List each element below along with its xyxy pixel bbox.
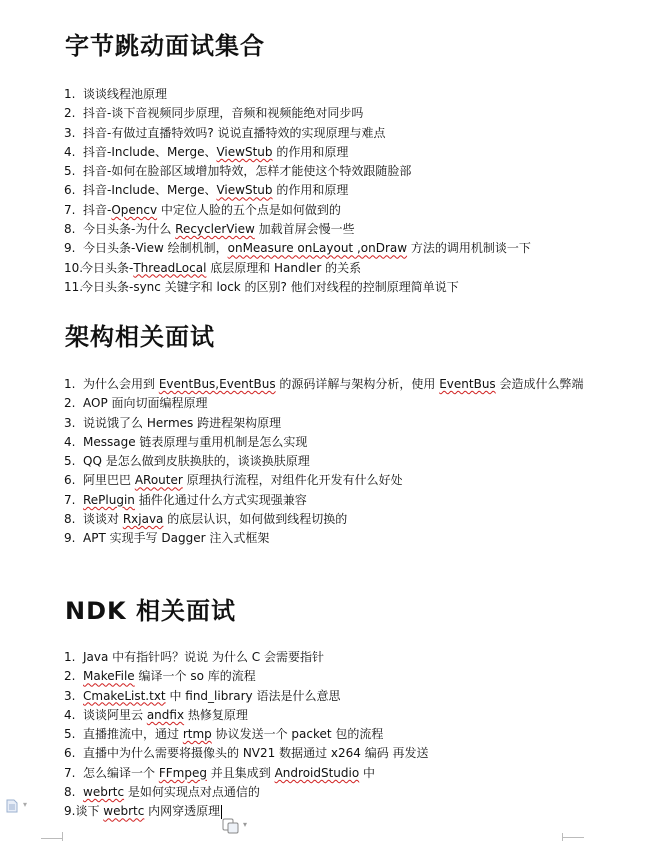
text-segment: 加载首屏会慢一些 [255, 222, 355, 236]
chevron-down-icon[interactable]: ▾ [243, 820, 247, 829]
spellcheck-flagged-word: Opencv [111, 203, 157, 217]
list-item-text[interactable]: 怎么编译一个 FFmpeg 并且集成到 AndroidStudio 中 [83, 764, 375, 783]
text-segment: 说说饿了么 Hermes 跨进程架构原理 [83, 416, 281, 430]
list-item-number: 7. [64, 764, 83, 783]
list-item-text[interactable]: APT 实现手写 Dagger 注入式框架 [83, 529, 269, 548]
text-segment: 中 [359, 766, 375, 780]
list-item: 5.抖音-如何在脸部区域增加特效，怎样才能使这个特效跟随脸部 [64, 162, 531, 181]
list-bytedance: 1.谈谈线程池原理2.抖音-谈下音视频同步原理，音频和视频能绝对同步吗3.抖音-… [64, 85, 531, 297]
list-item-number: 10. [64, 259, 81, 278]
spellcheck-flagged-word: RePlugin [83, 493, 135, 507]
list-item: 9.谈下 webrtc 内网穿透原理 [64, 802, 429, 821]
list-item-number: 5. [64, 725, 83, 744]
text-segment: 会造成什么弊端 [496, 377, 584, 391]
text-segment: 的底层认识，如何做到线程切换的 [163, 512, 347, 526]
text-segment: 底层原理和 Handler 的关系 [206, 261, 361, 275]
list-item: 4.谈谈阿里云 andfix 热修复原理 [64, 706, 429, 725]
list-item-text[interactable]: 谈谈对 Rxjava 的底层认识，如何做到线程切换的 [83, 510, 347, 529]
list-item: 3.CmakeList.txt 中 find_library 语法是什么意思 [64, 687, 429, 706]
list-item-number: 9. [64, 802, 75, 821]
list-item-number: 9. [64, 529, 83, 548]
list-item-number: 1. [64, 648, 83, 667]
list-ndk: 1.Java 中有指针吗？说说 为什么 C 会需要指针2.MakeFile 编译… [64, 648, 429, 822]
list-item: 7.怎么编译一个 FFmpeg 并且集成到 AndroidStudio 中 [64, 764, 429, 783]
list-item-number: 7. [64, 491, 83, 510]
document-page: 字节跳动面试集合 1.谈谈线程池原理2.抖音-谈下音视频同步原理，音频和视频能绝… [0, 0, 650, 841]
text-segment: QQ 是怎么做到皮肤换肤的，谈谈换肤原理 [83, 454, 310, 468]
list-item-number: 4. [64, 433, 83, 452]
list-item: 3.抖音-有做过直播特效吗? 说说直播特效的实现原理与难点 [64, 124, 531, 143]
text-segment: 谈谈阿里云 [83, 708, 147, 722]
list-item-text[interactable]: 抖音-Include、Merge、ViewStub 的作用和原理 [83, 181, 348, 200]
heading-architecture: 架构相关面试 [65, 317, 215, 352]
text-segment: 今日头条-View 绘制机制， [83, 241, 228, 255]
text-segment: 抖音-有做过直播特效吗? 说说直播特效的实现原理与难点 [83, 126, 386, 140]
text-segment: 的作用和原理 [273, 183, 349, 197]
text-segment: 的源码详解与架构分析，使用 [276, 377, 440, 391]
text-segment: 谈谈对 [83, 512, 123, 526]
list-item-number: 8. [64, 783, 83, 802]
text-segment: APT 实现手写 Dagger 注入式框架 [83, 531, 269, 545]
spellcheck-flagged-word: AndroidStudio [275, 766, 360, 780]
list-item-text[interactable]: QQ 是怎么做到皮肤换肤的，谈谈换肤原理 [83, 452, 310, 471]
text-segment: 方法的调用机制谈一下 [407, 241, 531, 255]
list-item-number: 3. [64, 687, 83, 706]
list-item-number: 5. [64, 162, 83, 181]
spellcheck-flagged-word: ThreadLocal [133, 261, 206, 275]
list-architecture: 1.为什么会用到 EventBus,EventBus 的源码详解与架构分析，使用… [64, 375, 584, 549]
list-item-number: 2. [64, 667, 83, 686]
list-item-text[interactable]: 直播中为什么需要将摄像头的 NV21 数据通过 x264 编码 再发送 [83, 744, 429, 763]
list-item-number: 8. [64, 510, 83, 529]
text-segment: 谈谈线程池原理 [83, 87, 167, 101]
text-segment: 抖音-谈下音视频同步原理，音频和视频能绝对同步吗 [83, 106, 363, 120]
spellcheck-flagged-word: webrtc [83, 785, 124, 799]
spellcheck-flagged-word: onMeasure onLayout ,onDraw [228, 241, 407, 255]
list-item-text[interactable]: 抖音-Opencv 中定位人脸的五个点是如何做到的 [83, 201, 341, 220]
list-item-text[interactable]: 抖音-如何在脸部区域增加特效，怎样才能使这个特效跟随脸部 [83, 162, 411, 181]
list-item-text[interactable]: MakeFile 编译一个 so 库的流程 [83, 667, 256, 686]
spellcheck-flagged-word: EventBus [439, 377, 495, 391]
list-item-text[interactable]: 今日头条-为什么 RecyclerView 加载首屏会慢一些 [83, 220, 355, 239]
list-item-text[interactable]: 说说饿了么 Hermes 跨进程架构原理 [83, 414, 281, 433]
list-item: 2.抖音-谈下音视频同步原理，音频和视频能绝对同步吗 [64, 104, 531, 123]
text-segment: 并且集成到 [207, 766, 275, 780]
list-item-number: 11. [64, 278, 81, 297]
text-segment: Message 链表原理与重用机制是怎么实现 [83, 435, 307, 449]
list-item-text[interactable]: 阿里巴巴 ARouter 原理执行流程，对组件化开发有什么好处 [83, 471, 403, 490]
spellcheck-flagged-word: ViewStub [216, 183, 272, 197]
spellcheck-flagged-word: RecyclerView [175, 222, 255, 236]
text-segment: 内网穿透原理 [144, 804, 220, 818]
page-corner-mark-right-v [562, 833, 563, 841]
list-item: 9.今日头条-View 绘制机制，onMeasure onLayout ,onD… [64, 239, 531, 258]
spellcheck-flagged-word: MakeFile [83, 669, 135, 683]
list-item-text[interactable]: 为什么会用到 EventBus,EventBus 的源码详解与架构分析，使用 E… [83, 375, 584, 394]
spellcheck-flagged-word: Rxjava [123, 512, 164, 526]
document-options-icon[interactable] [6, 799, 18, 813]
list-item-number: 5. [64, 452, 83, 471]
text-segment: Java 中有指针吗？说说 为什么 C 会需要指针 [83, 650, 324, 664]
text-segment: 直播中为什么需要将摄像头的 NV21 数据通过 x264 编码 再发送 [83, 746, 429, 760]
list-item-text[interactable]: 今日头条-View 绘制机制，onMeasure onLayout ,onDra… [83, 239, 531, 258]
text-segment: 中 find_library 语法是什么意思 [166, 689, 341, 703]
list-item: 1.为什么会用到 EventBus,EventBus 的源码详解与架构分析，使用… [64, 375, 584, 394]
list-item-number: 6. [64, 471, 83, 490]
list-item: 10.今日头条-ThreadLocal 底层原理和 Handler 的关系 [64, 259, 531, 278]
list-item-number: 4. [64, 143, 83, 162]
list-item: 5.直播推流中，通过 rtmp 协议发送一个 packet 包的流程 [64, 725, 429, 744]
list-item-text[interactable]: Message 链表原理与重用机制是怎么实现 [83, 433, 307, 452]
list-item: 4.抖音-Include、Merge、ViewStub 的作用和原理 [64, 143, 531, 162]
list-item-text[interactable]: 抖音-谈下音视频同步原理，音频和视频能绝对同步吗 [83, 104, 363, 123]
list-item: 1.Java 中有指针吗？说说 为什么 C 会需要指针 [64, 648, 429, 667]
text-cursor [221, 805, 222, 819]
text-segment: AOP 面向切面编程原理 [83, 396, 208, 410]
list-item: 5.QQ 是怎么做到皮肤换肤的，谈谈换肤原理 [64, 452, 584, 471]
list-item-text[interactable]: CmakeList.txt 中 find_library 语法是什么意思 [83, 687, 340, 706]
list-item: 2.MakeFile 编译一个 so 库的流程 [64, 667, 429, 686]
spellcheck-flagged-word: CmakeList.txt [83, 689, 166, 703]
list-item: 9.APT 实现手写 Dagger 注入式框架 [64, 529, 584, 548]
spellcheck-flagged-word: ViewStub [216, 145, 272, 159]
list-item-number: 7. [64, 201, 83, 220]
heading-ndk: NDK 相关面试 [65, 591, 236, 626]
page-corner-mark-left-v [62, 832, 63, 841]
list-item: 11.今日头条-sync 关键字和 lock 的区别? 他们对线程的控制原理简单… [64, 278, 531, 297]
list-item-text[interactable]: 直播推流中，通过 rtmp 协议发送一个 packet 包的流程 [83, 725, 383, 744]
list-item-number: 6. [64, 744, 83, 763]
text-segment: 阿里巴巴 [83, 473, 135, 487]
text-segment: 热修复原理 [184, 708, 248, 722]
spellcheck-flagged-word: ARouter [135, 473, 183, 487]
list-item: 8.今日头条-为什么 RecyclerView 加载首屏会慢一些 [64, 220, 531, 239]
list-item-text[interactable]: 谈下 webrtc 内网穿透原理 [75, 802, 222, 821]
list-item-number: 9. [64, 239, 83, 258]
list-item: 8.webrtc 是如何实现点对点通信的 [64, 783, 429, 802]
text-segment: 为什么会用到 [83, 377, 159, 391]
text-segment: 协议发送一个 packet 包的流程 [212, 727, 384, 741]
chevron-down-icon[interactable]: ▾ [23, 800, 27, 809]
list-item-number: 1. [64, 375, 83, 394]
list-item: 6.抖音-Include、Merge、ViewStub 的作用和原理 [64, 181, 531, 200]
list-item: 1.谈谈线程池原理 [64, 85, 531, 104]
text-segment: 怎么编译一个 [83, 766, 159, 780]
spellcheck-flagged-word: EventBus,EventBus [159, 377, 276, 391]
text-segment: 插件化通过什么方式实现强兼容 [135, 493, 307, 507]
list-item-text[interactable]: 抖音-有做过直播特效吗? 说说直播特效的实现原理与难点 [83, 124, 386, 143]
list-item-text[interactable]: webrtc 是如何实现点对点通信的 [83, 783, 260, 802]
list-item-text[interactable]: 抖音-Include、Merge、ViewStub 的作用和原理 [83, 143, 348, 162]
text-segment: 编译一个 so 库的流程 [135, 669, 256, 683]
page-corner-mark-right [562, 837, 584, 838]
list-item: 3.说说饿了么 Hermes 跨进程架构原理 [64, 414, 584, 433]
heading-bytedance: 字节跳动面试集合 [65, 26, 265, 61]
list-item-text[interactable]: 谈谈阿里云 andfix 热修复原理 [83, 706, 248, 725]
list-item: 7.RePlugin 插件化通过什么方式实现强兼容 [64, 491, 584, 510]
list-item: 2.AOP 面向切面编程原理 [64, 394, 584, 413]
text-segment: 直播推流中，通过 [83, 727, 183, 741]
text-segment: 抖音-Include、Merge、 [83, 183, 216, 197]
spellcheck-flagged-word: FFmpeg [159, 766, 207, 780]
list-item-text[interactable]: AOP 面向切面编程原理 [83, 394, 208, 413]
list-item: 6.直播中为什么需要将摄像头的 NV21 数据通过 x264 编码 再发送 [64, 744, 429, 763]
list-item-text[interactable]: 今日头条-ThreadLocal 底层原理和 Handler 的关系 [81, 259, 361, 278]
list-item-number: 2. [64, 104, 83, 123]
list-item-number: 3. [64, 124, 83, 143]
list-item: 8.谈谈对 Rxjava 的底层认识，如何做到线程切换的 [64, 510, 584, 529]
paste-options-icon[interactable] [222, 818, 240, 834]
text-segment: 今日头条-为什么 [83, 222, 175, 236]
list-item-number: 3. [64, 414, 83, 433]
list-item-number: 8. [64, 220, 83, 239]
list-item-text[interactable]: Java 中有指针吗？说说 为什么 C 会需要指针 [83, 648, 324, 667]
text-segment: 中定位人脸的五个点是如何做到的 [157, 203, 341, 217]
text-segment: 今日头条- [81, 261, 133, 275]
list-item-number: 1. [64, 85, 83, 104]
spellcheck-flagged-word: andfix [147, 708, 184, 722]
text-segment: 抖音-如何在脸部区域增加特效，怎样才能使这个特效跟随脸部 [83, 164, 411, 178]
spellcheck-flagged-word: rtmp [183, 727, 212, 741]
text-segment: 抖音- [83, 203, 111, 217]
list-item-text[interactable]: 今日头条-sync 关键字和 lock 的区别? 他们对线程的控制原理简单说下 [81, 278, 459, 297]
list-item-number: 2. [64, 394, 83, 413]
text-segment: 原理执行流程，对组件化开发有什么好处 [183, 473, 403, 487]
spellcheck-flagged-word: webrtc [103, 804, 144, 818]
text-segment: 的作用和原理 [273, 145, 349, 159]
list-item-text[interactable]: RePlugin 插件化通过什么方式实现强兼容 [83, 491, 307, 510]
list-item-number: 6. [64, 181, 83, 200]
text-segment: 是如何实现点对点通信的 [124, 785, 260, 799]
list-item-number: 4. [64, 706, 83, 725]
text-segment: 抖音-Include、Merge、 [83, 145, 216, 159]
list-item: 4.Message 链表原理与重用机制是怎么实现 [64, 433, 584, 452]
list-item-text[interactable]: 谈谈线程池原理 [83, 85, 167, 104]
list-item: 7.抖音-Opencv 中定位人脸的五个点是如何做到的 [64, 201, 531, 220]
text-segment: 今日头条-sync 关键字和 lock 的区别? 他们对线程的控制原理简单说下 [81, 280, 459, 294]
list-item: 6.阿里巴巴 ARouter 原理执行流程，对组件化开发有什么好处 [64, 471, 584, 490]
page-corner-mark-left [41, 838, 63, 839]
text-segment: 谈下 [75, 804, 103, 818]
